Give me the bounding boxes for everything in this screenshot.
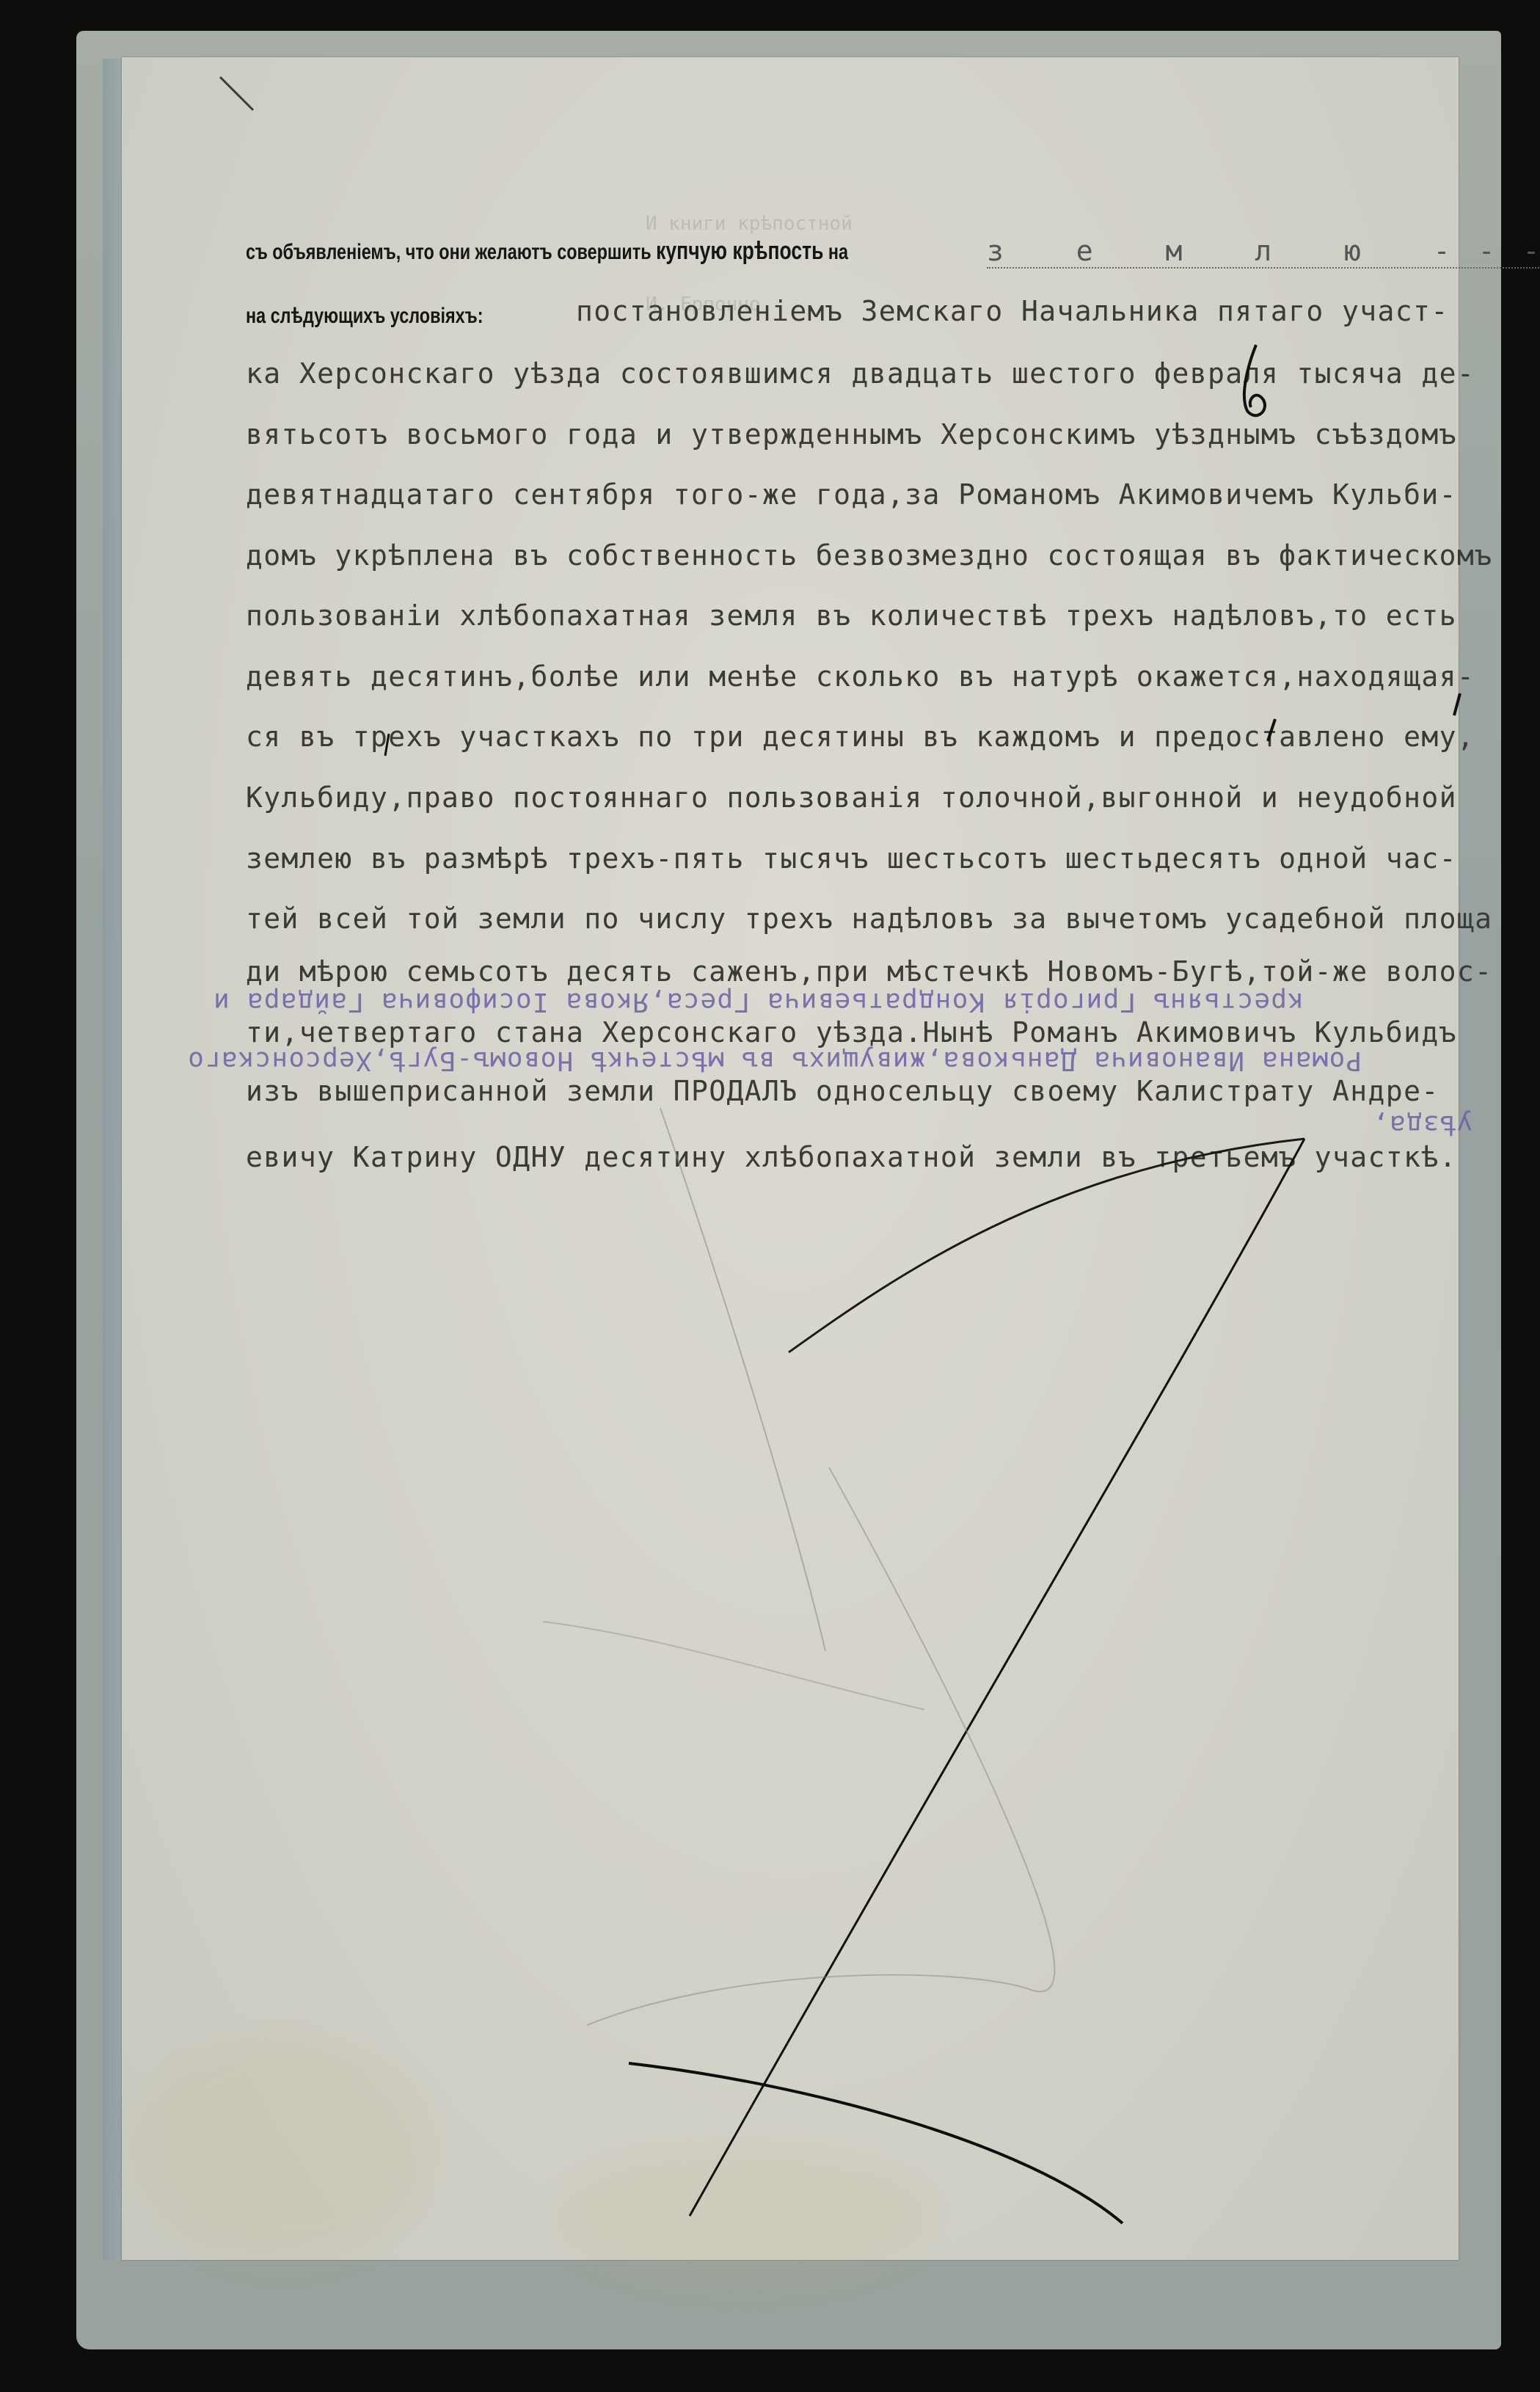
faint-pencil-line <box>543 1622 924 1710</box>
handwritten-comma-icon <box>1268 719 1275 741</box>
faint-pencil-loop <box>587 1467 1054 2025</box>
handwritten-comma-icon <box>1454 693 1460 715</box>
handwritten-correction-icon <box>1244 345 1265 415</box>
cancellation-diagonal-stroke <box>690 1139 1304 2216</box>
ink-strokes <box>0 0 1540 2392</box>
cancellation-top-stroke <box>789 1139 1304 1352</box>
faint-pencil-line <box>660 1108 825 1651</box>
cancellation-bottom-stroke <box>629 2063 1123 2223</box>
pencil-tick-mark <box>220 77 253 110</box>
handwritten-comma-icon <box>385 734 389 756</box>
